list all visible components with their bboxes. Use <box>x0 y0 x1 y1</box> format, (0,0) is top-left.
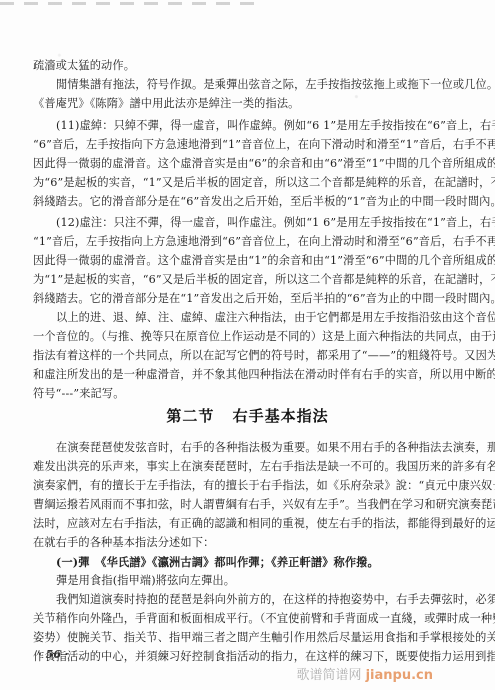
text-line: 斜綫踏去。它的滑音部分是在“6”音发出之后开始，至后半板的“1”音为止的中間一段… <box>33 195 495 209</box>
section-number: 第二节 <box>166 407 214 425</box>
text-line: (一)彈 《华氏譜》《瀛洲古調》都叫作彈；《养正軒譜》称作撥。 <box>56 555 379 569</box>
watermark: 歌谱简谱网 jianpu.cn <box>296 664 433 683</box>
scanned-page: 疏濇或太猛的动作。閒情集譜有拖法，符号作㧐。是乘彈出弦音之际，左手按指按弦拖上或… <box>0 0 495 690</box>
scan-edge-artifact <box>0 2 260 5</box>
text-line: 指法有着这样的一个共同点，所以在記写它們的符号时，都采用了“——”的粗綫符号。又… <box>33 349 495 363</box>
text-line: 法时，应該对左右手指法，有正确的認識和相同的重視，使左右手的指法，都能得到最好的… <box>33 517 495 531</box>
text-line: 和虛注所发出的是一种虛滑音，并不象其他四种指法在滑动时伴有右手的实音，所以用中断… <box>33 368 495 382</box>
text-line: 在演奏琵琶使发弦音时，右手的各种指法极为重要。如果不用右手的各种指法去演奏，那就… <box>56 441 495 455</box>
text-line: 因此得一微弱的虛滑音。这个虛滑音实是由“6”的余音和由“6”滑至“1”中間的几个… <box>33 157 495 171</box>
text-line: “6”音后，左手按指向下方急速地滑到“1”音音位上，在向下滑动时和滑至“1”音后… <box>33 138 495 152</box>
text-line: 在就右手的各种基本指法分述如下： <box>33 536 214 550</box>
section-heading: 第二节 右手基本指法 <box>0 405 495 426</box>
text-line: 为“6”是起板的实音，“1”又是后半板的固定音，所以这二个音都是純粹的乐音，在記… <box>33 176 495 190</box>
text-line: 符号“---”来記写。 <box>33 387 125 401</box>
text-line: 关节稍作向外隆凸，手背面和板面相成平行。（不宜使前臂和手背面成一直綫，或彈时成一… <box>33 612 495 626</box>
text-line: 为“1”是起板的实音，“6”又是后半板的固定音，所以这二个音都是純粹的乐音，在記… <box>33 273 495 287</box>
text-line: 曹綱运撥若风雨而不事扣弦，时人謂曹綱有右手，兴奴有左手”。当我們在学习和研究演奏… <box>33 498 495 512</box>
text-line: (11)虛綽：只綽不彈，得一虛音，叫作虛綽。例如“6 1”是用左手按指按在“6”… <box>56 119 495 133</box>
text-line: 閒情集譜有拖法，符号作㧐。是乘彈出弦音之际，左手按指按弦拖上或拖下一位或几位。如 <box>56 78 495 92</box>
watermark-latin: jianpu.cn <box>366 668 433 683</box>
text-line: “1”音后，左手按指向上方急速地滑到“6”音音位上，在向上滑动时和滑至“6”音后… <box>33 235 495 249</box>
text-line: 作食指活动的中心，并須練习好控制食指活动的指力，在这样的練习下，既要使指力运用到… <box>33 650 495 664</box>
text-line: 疏濇或太猛的动作。 <box>33 59 135 73</box>
section-title: 右手基本指法 <box>233 407 329 425</box>
text-line: 斜綫踏去。它的滑音部分是在“1”音发出之后开始，至后半拍的“6”音为止的中間一段… <box>33 292 495 306</box>
page-number: · 56 · <box>38 648 69 661</box>
text-line: 《普庵咒》《陈隋》譜中用此法亦是綽注一类的指法。 <box>33 97 300 111</box>
text-line: 演奏家們，有的擅长于左手指法，有的擅长于右手指法，如《乐府杂录》說：“貞元中康兴… <box>33 479 495 493</box>
text-line: 难发出洪亮的乐声来，事实上在演奏琵琶时，左右手指法是缺一不可的。我国历来的許多有… <box>33 460 495 474</box>
text-line: 彈是用食指(指甲端)將弦向左彈出。 <box>56 574 235 588</box>
text-line: 以上的进、退、綽、注、虛綽、虛注六种指法，由于它們都是用左手按指沿弦由这个音位滑… <box>56 311 495 325</box>
text-line: 我們知道演奏时持抱的琵琶是斜向外前方的，在这样的持抱姿势中，右手去彈弦时，必須用… <box>56 593 495 607</box>
text-line: 姿势）使腕关节、指关节、指甲端三者之間产生軸引作用然后尽量运用食指和手掌根接处的… <box>33 631 495 645</box>
text-line: 一个音位的。（与推、挽等只在原音位上作运动是不同的）这是上面六种指法的共同点，由… <box>33 330 495 344</box>
watermark-cn: 歌谱简谱网 <box>296 668 361 683</box>
text-line: 因此得一微弱的虛滑音。这个虛滑音实是由“1”的余音和由“1”滑至“6”中間的几个… <box>33 254 495 268</box>
text-line: (12)虛注：只注不彈，得一虛音，叫作虛注。例如“1 6”是用左手按指按在“1”… <box>56 216 495 230</box>
